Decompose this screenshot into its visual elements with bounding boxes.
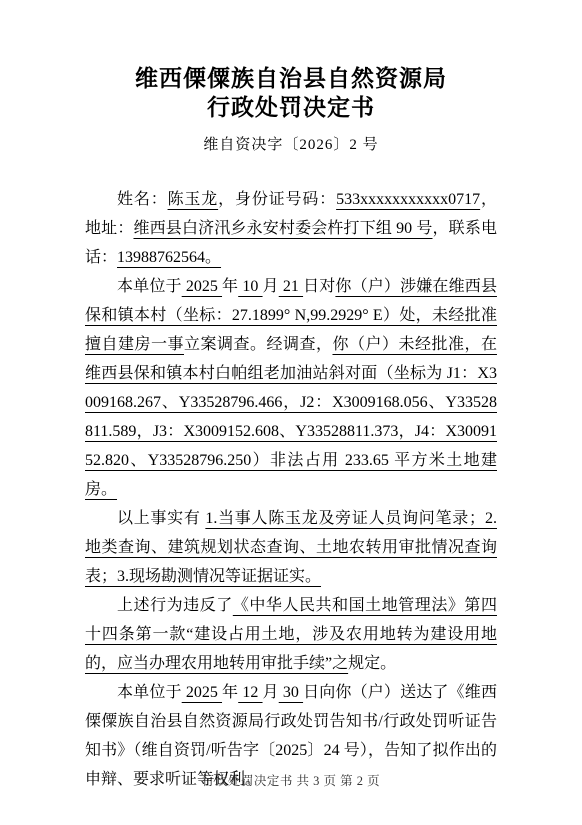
body-paragraph: 以上事实有 1.当事人陈玉龙及旁证人员询问笔录；2.地类查询、建筑规划状态查询、… [85, 504, 497, 591]
body-paragraph: 上述行为违反了《中华人民共和国土地管理法》第四十四条第一款“建设占用土地，涉及农… [85, 591, 497, 678]
doc-title-line1: 维西傈僳族自治县自然资源局 [0, 0, 582, 93]
text-segment: 月 [263, 684, 279, 701]
document-page: 维西傈僳族自治县自然资源局 行政处罚决定书 维自资决字〔2026〕2 号 姓名：… [0, 0, 582, 825]
underlined-text: 12 [238, 684, 262, 701]
text-segment: 立案调查。经调查， [184, 336, 332, 353]
underlined-text: 533xxxxxxxxxxx0717 [336, 191, 480, 208]
page-footer: 行政处罚决定书 共 3 页 第 2 页 [0, 771, 582, 789]
text-segment: ，身份证号码： [218, 191, 336, 208]
text-segment: 以上事实有 [117, 510, 205, 527]
underlined-text: 10 [238, 278, 262, 295]
doc-number: 维自资决字〔2026〕2 号 [0, 133, 582, 154]
body-paragraph: 姓名：陈玉龙，身份证号码：533xxxxxxxxxxx0717，地址：维西县白济… [85, 185, 497, 272]
underlined-text: 维西县白济汛乡永安村委会杵打下组 90 号 [133, 220, 432, 237]
text-segment: 本单位于 [117, 684, 182, 701]
text-segment: 年 [222, 684, 238, 701]
text-segment: 姓名： [117, 191, 168, 208]
underlined-text: 2025 [182, 278, 222, 295]
underlined-text: 2025 [182, 684, 222, 701]
text-segment: 年 [222, 278, 238, 295]
underlined-text: 你（户）未经批准，在维西县保和镇本村白帕组老加油站斜对面（坐标为 J1：X300… [85, 336, 497, 498]
underlined-text: 陈玉龙 [168, 191, 219, 208]
text-segment: 上述行为违反了 [117, 597, 233, 614]
text-segment: 本单位于 [117, 278, 182, 295]
underlined-text: 21 [279, 278, 303, 295]
underlined-text: 13988762564。 [117, 249, 221, 266]
text-segment: 规定。 [348, 655, 396, 672]
text-segment: 日对 [303, 278, 335, 295]
document-body: 姓名：陈玉龙，身份证号码：533xxxxxxxxxxx0717，地址：维西县白济… [85, 185, 497, 794]
doc-title-line2: 行政处罚决定书 [0, 93, 582, 122]
body-paragraph: 本单位于 2025 年 10 月 21 日对你（户）涉嫌在维西县保和镇本村（坐标… [85, 272, 497, 504]
text-segment: 月 [263, 278, 279, 295]
underlined-text: 30 [279, 684, 303, 701]
